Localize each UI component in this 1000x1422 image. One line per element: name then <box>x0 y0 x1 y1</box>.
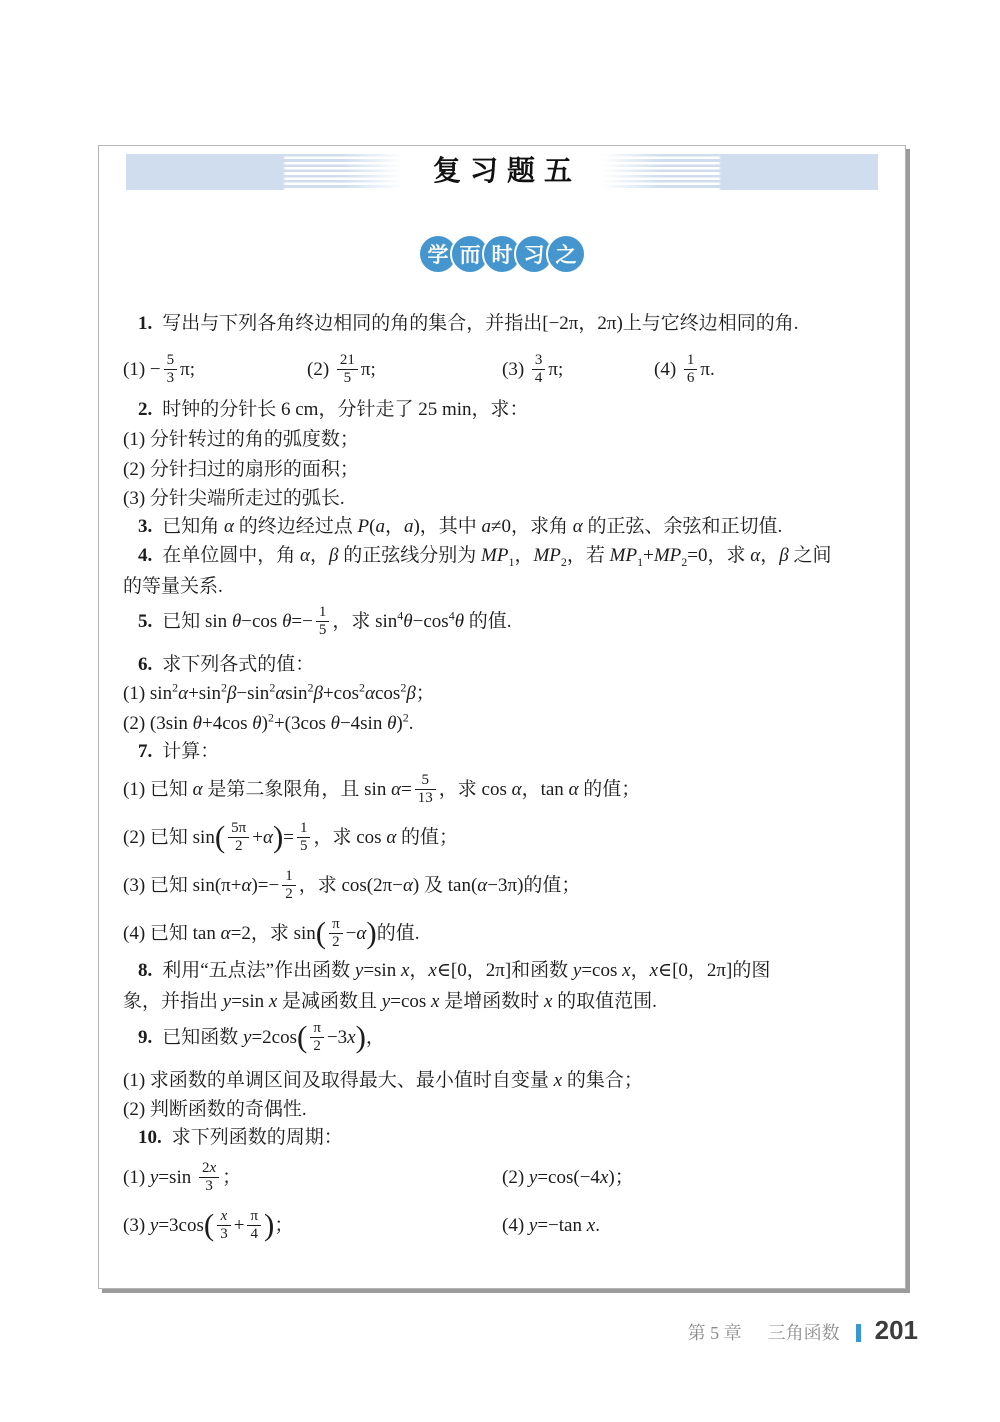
problem-1-part-2: (2) 215π; <box>307 346 376 394</box>
chapter-header-bar: 复习题五 <box>126 154 878 190</box>
problem-6-part-1: (1) sin2α+sin2β−sin2αsin2β+cos2αcos2β； <box>123 679 895 709</box>
problem-1-parts: (1) −53π; (2) 215π; (3) 34π; (4) 16π. <box>123 346 895 394</box>
problem-8-number: 8. <box>138 960 152 981</box>
problem-9-part-1: (1) 求函数的单调区间及取得最大、最小值时自变量 x 的集合； <box>123 1066 895 1096</box>
problem-6-part-2: (2) (3sin θ+4cos θ)2+(3cos θ−4sin θ)2. <box>123 709 895 739</box>
problem-10-parts-row-1: (1) y=sin 2x3； (2) y=cos(−4x)； <box>123 1154 895 1202</box>
problem-4-number: 4. <box>138 545 152 566</box>
problem-1-part-1: (1) −53π; <box>123 346 195 394</box>
problem-7-part-2: (2) 已知 sin(5π2+α)=15，求 cos α 的值； <box>123 814 895 862</box>
problem-10-part-3: (3) y=3cos(x3+π4)； <box>123 1202 293 1250</box>
problem-6-text: 求下列各式的值： <box>162 654 314 675</box>
problem-10-part-1: (1) y=sin 2x3； <box>123 1154 241 1202</box>
header-stripe-decoration-right <box>593 154 878 190</box>
problem-9-text: 已知函数 y=2cos(π2−3x)， <box>162 1027 385 1048</box>
problem-7-text: 计算： <box>162 741 219 762</box>
problem-2-text: 时钟的分针长 6 cm，分针走了 25 min，求： <box>162 399 528 420</box>
problem-9-number: 9. <box>138 1027 152 1048</box>
header-stripe-decoration-left <box>126 154 411 190</box>
section-badge: 学 而 时 习 之 <box>99 234 905 274</box>
problem-8-text: 利用“五点法”作出函数 y=sin x，x∈[0，2π]和函数 y=cos x，… <box>162 960 770 981</box>
footer-accent-bar <box>856 1324 861 1342</box>
problem-1-text: 写出与下列各角终边相同的角的集合，并指出[−2π，2π)上与它终边相同的角. <box>162 313 798 334</box>
problem-2-part-1: (1) 分针转过的角的弧度数； <box>123 425 895 455</box>
problem-4-stem-line-1: 4.在单位圆中，角 α，β 的正弦线分别为 MP1，MP2，若 MP1+MP2=… <box>138 541 895 571</box>
page-title: 复习题五 <box>411 154 593 190</box>
problem-3-text: 已知角 α 的终边经过点 P(a，a)，其中 a≠0，求角 α 的正弦、余弦和正… <box>162 516 782 537</box>
problem-10-parts-row-2: (3) y=3cos(x3+π4)； (4) y=−tan x. <box>123 1202 895 1250</box>
problem-5-number: 5. <box>138 611 152 632</box>
screenshot-root: { "header": { "title": "复习题五" }, "badge"… <box>0 0 1000 1422</box>
problem-1-stem: 1.写出与下列各角终边相同的角的集合，并指出[−2π，2π)上与它终边相同的角. <box>138 309 895 339</box>
problem-10-number: 10. <box>138 1127 162 1148</box>
problem-7-number: 7. <box>138 741 152 762</box>
problem-4-text: 在单位圆中，角 α，β 的正弦线分别为 MP1，MP2，若 MP1+MP2=0，… <box>162 545 831 566</box>
problem-1-number: 1. <box>138 313 152 334</box>
problem-7-part-3: (3) 已知 sin(π+α)=−12，求 cos(2π−α) 及 tan(α−… <box>123 862 895 910</box>
problem-2-part-3: (3) 分针尖端所走过的弧长. <box>123 484 895 514</box>
problem-10-part-2: (2) y=cos(−4x)； <box>502 1154 634 1202</box>
problem-2-number: 2. <box>138 399 152 420</box>
problem-10-text: 求下列函数的周期： <box>172 1127 343 1148</box>
problem-2-part-2: (2) 分针扫过的扇形的面积； <box>123 455 895 485</box>
problem-1-part-3: (3) 34π; <box>502 346 563 394</box>
problem-3-number: 3. <box>138 516 152 537</box>
problem-9-stem: 9.已知函数 y=2cos(π2−3x)， <box>138 1014 895 1062</box>
footer-chapter-label: 第 5 章 <box>688 1323 742 1343</box>
page-number: 201 <box>875 1315 918 1345</box>
footer-section-label: 三角函数 <box>768 1323 840 1343</box>
page-card: 复习题五 学 而 时 习 之 1.写出与下列各角终边相同的角的集合，并指出[−2… <box>98 145 906 1289</box>
problem-7-part-4: (4) 已知 tan α=2，求 sin(π2−α)的值. <box>123 910 895 958</box>
problem-9-part-2: (2) 判断函数的奇偶性. <box>123 1095 895 1125</box>
problem-5-stem: 5.已知 sin θ−cos θ=−15，求 sin4θ−cos4θ 的值. <box>138 598 895 646</box>
problem-6-stem: 6.求下列各式的值： <box>138 650 895 680</box>
problem-8-stem-line-2: 象，并指出 y=sin x 是减函数且 y=cos x 是增函数时 x 的取值范… <box>123 987 895 1017</box>
problem-1-part-4: (4) 16π. <box>654 346 715 394</box>
problem-2-stem: 2.时钟的分针长 6 cm，分针走了 25 min，求： <box>138 395 895 425</box>
problem-7-part-1: (1) 已知 α 是第二象限角，且 sin α=513，求 cos α，tan … <box>123 766 895 814</box>
problem-5-text: 已知 sin θ−cos θ=−15，求 sin4θ−cos4θ 的值. <box>162 611 511 632</box>
problem-8-stem-line-1: 8.利用“五点法”作出函数 y=sin x，x∈[0，2π]和函数 y=cos … <box>138 956 895 986</box>
problem-3-stem: 3.已知角 α 的终边经过点 P(a，a)，其中 a≠0，求角 α 的正弦、余弦… <box>138 512 895 542</box>
problem-6-number: 6. <box>138 654 152 675</box>
problem-10-part-4: (4) y=−tan x. <box>502 1202 600 1250</box>
page-footer: 第 5 章 三角函数 201 <box>688 1312 918 1348</box>
problem-7-stem: 7.计算： <box>138 737 895 767</box>
badge-char: 之 <box>546 234 586 274</box>
problem-10-stem: 10.求下列函数的周期： <box>138 1123 895 1153</box>
